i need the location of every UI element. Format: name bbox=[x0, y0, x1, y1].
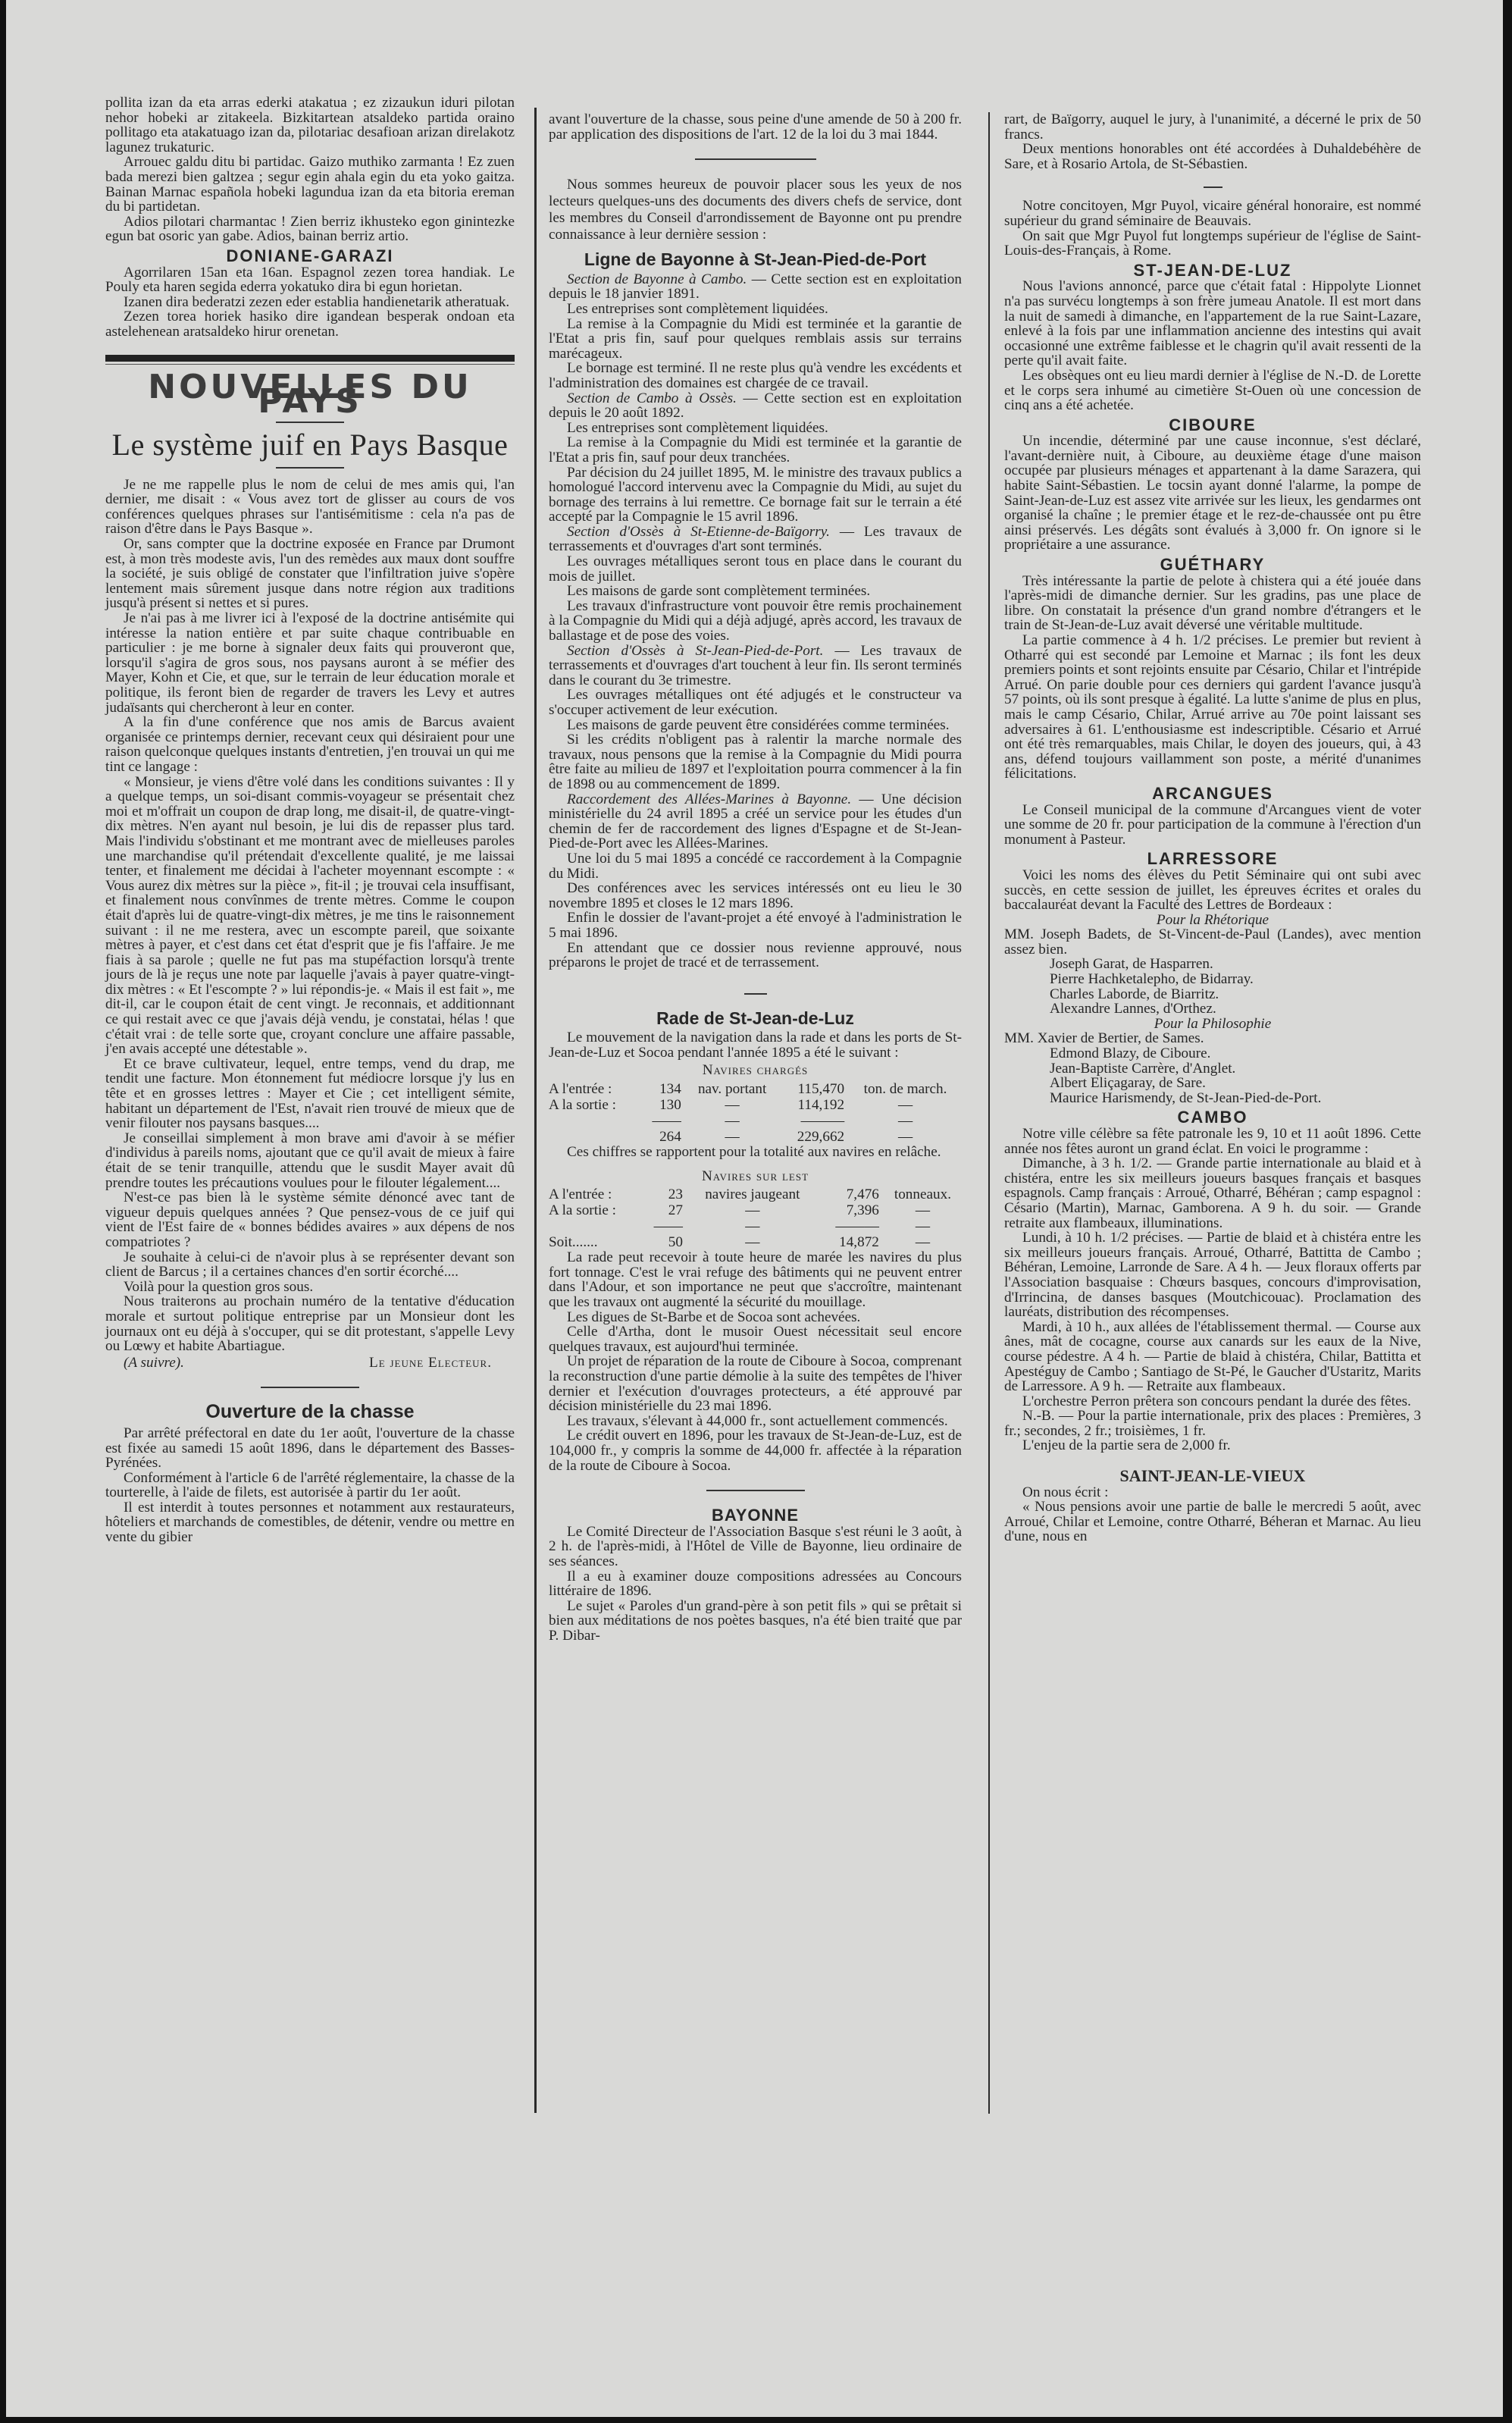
section-lead: Raccordement des Allées-Marines à Bayonn… bbox=[567, 791, 851, 807]
paragraph: Je ne me rappelle plus le nom de celui d… bbox=[105, 478, 515, 537]
table-cell: 50 bbox=[641, 1234, 687, 1250]
paragraph: Izanen dira bederatzi zezen eder establi… bbox=[105, 295, 515, 310]
table-cell: — bbox=[687, 1202, 818, 1218]
section-heading-ciboure: CIBOURE bbox=[1004, 418, 1421, 433]
column-left: pollita izan da eta arras ederki atakatu… bbox=[105, 96, 515, 1545]
table-cell: ton. de march. bbox=[849, 1081, 962, 1097]
paragraph: Il a eu à examiner douze compositions ad… bbox=[549, 1569, 962, 1599]
paragraph: avant l'ouverture de la chasse, sous pei… bbox=[549, 112, 962, 142]
author-signature: Le jeune Electeur. bbox=[369, 1356, 515, 1371]
paragraph: La partie commence à 4 h. 1/2 précises. … bbox=[1004, 633, 1421, 782]
paragraph: Notre ville célèbre sa fête patronale le… bbox=[1004, 1127, 1421, 1156]
paragraph: L'orchestre Perron prêtera son concours … bbox=[1004, 1394, 1421, 1409]
table-cell bbox=[549, 1218, 641, 1234]
newspaper-page: pollita izan da eta arras ederki atakatu… bbox=[6, 0, 1503, 2417]
paragraph: Les travaux d'infrastructure vont pouvoi… bbox=[549, 599, 962, 644]
divider bbox=[695, 158, 816, 160]
table-cell: 115,470 bbox=[778, 1081, 849, 1097]
paragraph: Un incendie, déterminé par une cause inc… bbox=[1004, 434, 1421, 553]
chasse-body: Par arrêté préfectoral en date du 1er ao… bbox=[105, 1426, 515, 1545]
rade-title: Rade de St-Jean-de-Luz bbox=[549, 1011, 962, 1027]
paragraph: Le sujet « Paroles d'un grand-père à son… bbox=[549, 1599, 962, 1644]
chasse-title: Ouverture de la chasse bbox=[105, 1405, 515, 1420]
rhetorique-list: MM. Joseph Badets, de St-Vincent-de-Paul… bbox=[1004, 927, 1421, 1017]
stjeanvieux-body: On nous écrit :« Nous pensions avoir une… bbox=[1004, 1485, 1421, 1544]
table-cell: A la sortie : bbox=[549, 1097, 640, 1113]
paragraph: Le mouvement de la navigation dans la ra… bbox=[549, 1030, 962, 1060]
section-banner: NOUVELLES DU PAYS bbox=[105, 380, 515, 409]
paragraph: Les obsèques ont eu lieu mardi dernier à… bbox=[1004, 368, 1421, 413]
to-follow-note: (A suivre). bbox=[105, 1356, 184, 1371]
paragraph: N.-B. — Pour la partie internationale, p… bbox=[1004, 1409, 1421, 1438]
section-heading-arcangues: ARCANGUES bbox=[1004, 786, 1421, 801]
paragraph: Voilà pour la question gros sous. bbox=[105, 1280, 515, 1295]
table-row: ——————— bbox=[549, 1218, 962, 1234]
table-row: 264—229,662— bbox=[549, 1129, 962, 1145]
table-cell bbox=[549, 1129, 640, 1145]
section-heading-doniane-garazi: DONIANE-GARAZI bbox=[105, 249, 515, 264]
paragraph: Les ouvrages métalliques seront tous en … bbox=[549, 554, 962, 584]
section-heading-bayonne: BAYONNE bbox=[549, 1508, 962, 1523]
paragraph: Albert Eliçagaray, de Sare. bbox=[1004, 1076, 1421, 1091]
paragraph: MM. Joseph Badets, de St-Vincent-de-Paul… bbox=[1004, 927, 1421, 957]
table-row: A la sortie :27—7,396— bbox=[549, 1202, 962, 1218]
table-cell: 7,396 bbox=[818, 1202, 884, 1218]
table-cell: — bbox=[687, 1234, 818, 1250]
table-cell: A la sortie : bbox=[549, 1202, 641, 1218]
paragraph: Section d'Ossès à St-Jean-Pied-de-Port. … bbox=[549, 644, 962, 688]
table-cell: 7,476 bbox=[818, 1186, 884, 1202]
paragraph: Ces chiffres se rapportent pour la total… bbox=[549, 1145, 962, 1160]
paragraph: Le Conseil municipal de la commune d'Arc… bbox=[1004, 803, 1421, 848]
table-cell: 264 bbox=[640, 1129, 686, 1145]
paragraph: La remise à la Compagnie du Midi est ter… bbox=[549, 435, 962, 465]
article-body: Je ne me rappelle plus le nom de celui d… bbox=[105, 478, 515, 1354]
paragraph: Je conseillai simplement à mon brave ami… bbox=[105, 1131, 515, 1190]
table-row: ——————— bbox=[549, 1113, 962, 1129]
table-cell: — bbox=[686, 1129, 779, 1145]
section-heading-guethary: GUÉTHARY bbox=[1004, 557, 1421, 572]
paragraph: Enfin le dossier de l'avant-projet a été… bbox=[549, 911, 962, 940]
paragraph: Nous traiterons au prochain numéro de la… bbox=[105, 1294, 515, 1353]
paragraph: Section d'Ossès à St-Etienne-de-Baïgorry… bbox=[549, 525, 962, 554]
section-lead: Section de Bayonne à Cambo. bbox=[567, 271, 747, 287]
paragraph: Dimanche, à 3 h. 1/2. — Grande partie in… bbox=[1004, 1156, 1421, 1230]
paragraph: Les entreprises sont complètement liquid… bbox=[549, 302, 962, 317]
paragraph: « Monsieur, je viens d'être volé dans le… bbox=[105, 775, 515, 1057]
paragraph: pollita izan da eta arras ederki atakatu… bbox=[105, 96, 515, 155]
paragraph: Conformément à l'article 6 de l'arrêté r… bbox=[105, 1471, 515, 1500]
arcangues-body: Le Conseil municipal de la commune d'Arc… bbox=[1004, 803, 1421, 848]
paragraph: Et ce brave cultivateur, lequel, entre t… bbox=[105, 1057, 515, 1131]
table-cell: 27 bbox=[641, 1202, 687, 1218]
table-cell: Soit....... bbox=[549, 1234, 641, 1250]
guethary-body: Très intéressante la partie de pelote à … bbox=[1004, 574, 1421, 782]
paragraph: Alexandre Lannes, d'Orthez. bbox=[1004, 1001, 1421, 1017]
paragraph: Adios pilotari charmantac ! Zien berriz … bbox=[105, 215, 515, 244]
column-right: rart, de Baïgorry, auquel le jury, à l'u… bbox=[1004, 112, 1421, 1544]
table-cell: — bbox=[884, 1218, 962, 1234]
paragraph: Raccordement des Allées-Marines à Bayonn… bbox=[549, 792, 962, 851]
paragraph: Les entreprises sont complètement liquid… bbox=[549, 421, 962, 436]
paragraph: Le Comité Directeur de l'Association Bas… bbox=[549, 1525, 962, 1569]
paragraph: Charles Laborde, de Biarritz. bbox=[1004, 987, 1421, 1002]
ligne-title: Ligne de Bayonne à St-Jean-Pied-de-Port bbox=[549, 252, 962, 268]
paragraph: A la fin d'une conférence que nos amis d… bbox=[105, 715, 515, 774]
paragraph: Jean-Baptiste Carrère, d'Anglet. bbox=[1004, 1061, 1421, 1077]
section-heading-larressore: LARRESSORE bbox=[1004, 851, 1421, 867]
navires-charges-table: A l'entrée :134nav. portant115,470ton. d… bbox=[549, 1081, 962, 1145]
paragraph: MM. Xavier de Bertier, de Sames. bbox=[1004, 1031, 1421, 1046]
divider bbox=[744, 993, 767, 995]
section-divider-thin bbox=[105, 364, 515, 365]
table-cell: — bbox=[849, 1129, 962, 1145]
table-row: A l'entrée :23navires jaugeant7,476tonne… bbox=[549, 1186, 962, 1202]
paragraph: On sait que Mgr Puyol fut longtemps supé… bbox=[1004, 229, 1421, 259]
table-cell: 134 bbox=[640, 1081, 686, 1097]
subheading-rhetorique: Pour la Rhétorique bbox=[1004, 913, 1421, 928]
table-cell: — bbox=[687, 1218, 818, 1234]
paragraph: Lundi, à 10 h. 1/2 précises. — Partie de… bbox=[1004, 1230, 1421, 1320]
section-lead: Section de Cambo à Ossès. bbox=[567, 390, 737, 406]
paragraph: La remise à la Compagnie du Midi est ter… bbox=[549, 317, 962, 362]
paragraph: Un projet de réparation de la route de C… bbox=[549, 1354, 962, 1413]
paragraph: Les ouvrages métalliques ont été adjugés… bbox=[549, 688, 962, 717]
section-divider-thick bbox=[105, 355, 515, 362]
paragraph: « Nous pensions avoir une partie de ball… bbox=[1004, 1500, 1421, 1544]
table-cell: 229,662 bbox=[778, 1129, 849, 1145]
section-heading-cambo: CAMBO bbox=[1004, 1110, 1421, 1125]
table-cell: —— bbox=[640, 1113, 686, 1129]
table-cell: ——— bbox=[778, 1113, 849, 1129]
table-cell: — bbox=[884, 1234, 962, 1250]
paragraph: Mardi, à 10 h., aux allées de l'établiss… bbox=[1004, 1320, 1421, 1394]
doniane-section: Agorrilaren 15an eta 16an. Espagnol zeze… bbox=[105, 265, 515, 340]
table-cell: A l'entrée : bbox=[549, 1186, 641, 1202]
section-lead: Section d'Ossès à St-Etienne-de-Baïgorry… bbox=[567, 524, 830, 540]
column-middle: avant l'ouverture de la chasse, sous pei… bbox=[549, 112, 962, 1644]
paragraph: Des conférences avec les services intére… bbox=[549, 881, 962, 911]
table-cell: 23 bbox=[641, 1186, 687, 1202]
paragraph: Maurice Harismendy, de St-Jean-Pied-de-P… bbox=[1004, 1091, 1421, 1106]
paragraph: Joseph Garat, de Hasparren. bbox=[1004, 957, 1421, 972]
paragraph: Je n'ai pas à me livrer ici à l'exposé d… bbox=[105, 611, 515, 715]
column-rule bbox=[988, 112, 990, 2114]
paragraph: Voici les noms des élèves du Petit Sémin… bbox=[1004, 868, 1421, 913]
paragraph: Edmond Blazy, de Ciboure. bbox=[1004, 1046, 1421, 1061]
section-heading-st-jean-de-luz: ST-JEAN-DE-LUZ bbox=[1004, 263, 1421, 278]
basque-intro: pollita izan da eta arras ederki atakatu… bbox=[105, 96, 515, 244]
paragraph: En attendant que ce dossier nous revienn… bbox=[549, 941, 962, 970]
paragraph: Très intéressante la partie de pelote à … bbox=[1004, 574, 1421, 633]
subheading-philosophie: Pour la Philosophie bbox=[1004, 1017, 1421, 1032]
divider bbox=[261, 1387, 359, 1388]
table-cell: — bbox=[849, 1113, 962, 1129]
divider bbox=[706, 1490, 805, 1491]
table-cell: — bbox=[849, 1097, 962, 1113]
stjean-body: Nous l'avions annoncé, parce que c'était… bbox=[1004, 279, 1421, 412]
table-cell: navires jaugeant bbox=[687, 1186, 818, 1202]
paragraph: Je souhaite à celui-ci de n'avoir plus à… bbox=[105, 1250, 515, 1280]
section-heading-saint-jean-le-vieux: SAINT-JEAN-LE-VIEUX bbox=[1004, 1469, 1421, 1484]
paragraph: Zezen torea horiek hasiko dire igandean … bbox=[105, 309, 515, 339]
paragraph: Une loi du 5 mai 1895 a concédé ce racco… bbox=[549, 851, 962, 881]
table-cell: —— bbox=[641, 1218, 687, 1234]
divider bbox=[276, 467, 344, 469]
section-lead: Section d'Ossès à St-Jean-Pied-de-Port. bbox=[567, 643, 823, 659]
paragraph: Nous l'avions annoncé, parce que c'était… bbox=[1004, 279, 1421, 368]
paragraph: rart, de Baïgorry, auquel le jury, à l'u… bbox=[1004, 112, 1421, 142]
table-cell: — bbox=[884, 1202, 962, 1218]
table-row: A l'entrée :134nav. portant115,470ton. d… bbox=[549, 1081, 962, 1097]
table-row: Soit.......50—14,872— bbox=[549, 1234, 962, 1250]
paragraph: Agorrilaren 15an eta 16an. Espagnol zeze… bbox=[105, 265, 515, 295]
table-cell: A l'entrée : bbox=[549, 1081, 640, 1097]
philosophie-list: MM. Xavier de Bertier, de Sames.Edmond B… bbox=[1004, 1031, 1421, 1105]
paragraph: Il est interdit à toutes personnes et no… bbox=[105, 1500, 515, 1545]
paragraph: On nous écrit : bbox=[1004, 1485, 1421, 1500]
paragraph: Le crédit ouvert en 1896, pour les trava… bbox=[549, 1428, 962, 1473]
paragraph: Section de Cambo à Ossès. — Cette sectio… bbox=[549, 391, 962, 421]
table-cell: nav. portant bbox=[686, 1081, 779, 1097]
paragraph: Par arrêté préfectoral en date du 1er ao… bbox=[105, 1426, 515, 1471]
table-cell: 130 bbox=[640, 1097, 686, 1113]
divider bbox=[276, 422, 344, 423]
paragraph: Celle d'Artha, dont le musoir Ouest néce… bbox=[549, 1324, 962, 1354]
rade-body: La rade peut recevoir à toute heure de m… bbox=[549, 1250, 962, 1473]
table-heading-charges: Navires chargés bbox=[549, 1063, 962, 1078]
paragraph: Les travaux, s'élevant à 44,000 fr., son… bbox=[549, 1414, 962, 1429]
table-cell: — bbox=[686, 1113, 779, 1129]
table-cell bbox=[549, 1113, 640, 1129]
navires-lest-table: A l'entrée :23navires jaugeant7,476tonne… bbox=[549, 1186, 962, 1250]
table-cell: 14,872 bbox=[818, 1234, 884, 1250]
ligne-body: Section de Bayonne à Cambo. — Cette sect… bbox=[549, 272, 962, 970]
cambo-body: Notre ville célèbre sa fête patronale le… bbox=[1004, 1127, 1421, 1453]
paragraph: Arrouec galdu ditu bi partidac. Gaizo mu… bbox=[105, 155, 515, 214]
paragraph: Les maisons de garde sont complètement t… bbox=[549, 584, 962, 599]
paragraph: Pierre Hachketalepho, de Bidarray. bbox=[1004, 972, 1421, 987]
paragraph: Or, sans compter que la doctrine exposée… bbox=[105, 537, 515, 611]
article-title: Le système juif en Pays Basque bbox=[105, 428, 515, 462]
ciboure-body: Un incendie, déterminé par une cause inc… bbox=[1004, 434, 1421, 553]
column-rule bbox=[534, 108, 537, 2113]
paragraph: Deux mentions honorables ont été accordé… bbox=[1004, 142, 1421, 171]
table-cell: tonneaux. bbox=[884, 1186, 962, 1202]
paragraph: Le bornage est terminé. Il ne reste plus… bbox=[549, 361, 962, 390]
paragraph: Les digues de St-Barbe et de Socoa sont … bbox=[549, 1310, 962, 1325]
table-heading-lest: Navires sur lest bbox=[549, 1169, 962, 1184]
paragraph: Les maisons de garde peuvent être consid… bbox=[549, 718, 962, 733]
bayonne-body: Le Comité Directeur de l'Association Bas… bbox=[549, 1525, 962, 1644]
table-cell: ——— bbox=[818, 1218, 884, 1234]
paragraph: Nous sommes heureux de pouvoir placer so… bbox=[549, 177, 962, 243]
table-row: A la sortie :130—114,192— bbox=[549, 1097, 962, 1113]
paragraph: Si les crédits n'obligent pas à ralentir… bbox=[549, 732, 962, 791]
paragraph: Notre concitoyen, Mgr Puyol, vicaire gén… bbox=[1004, 199, 1421, 228]
table-cell: 114,192 bbox=[778, 1097, 849, 1113]
paragraph: N'est-ce pas bien là le système sémite d… bbox=[105, 1190, 515, 1249]
paragraph: L'enjeu de la partie sera de 2,000 fr. bbox=[1004, 1438, 1421, 1453]
paragraph: La rade peut recevoir à toute heure de m… bbox=[549, 1250, 962, 1309]
divider bbox=[1204, 187, 1222, 188]
table-cell: — bbox=[686, 1097, 779, 1113]
paragraph: Section de Bayonne à Cambo. — Cette sect… bbox=[549, 272, 962, 302]
article-signature-row: (A suivre). Le jeune Electeur. bbox=[105, 1356, 515, 1371]
paragraph: Par décision du 24 juillet 1895, M. le m… bbox=[549, 465, 962, 525]
